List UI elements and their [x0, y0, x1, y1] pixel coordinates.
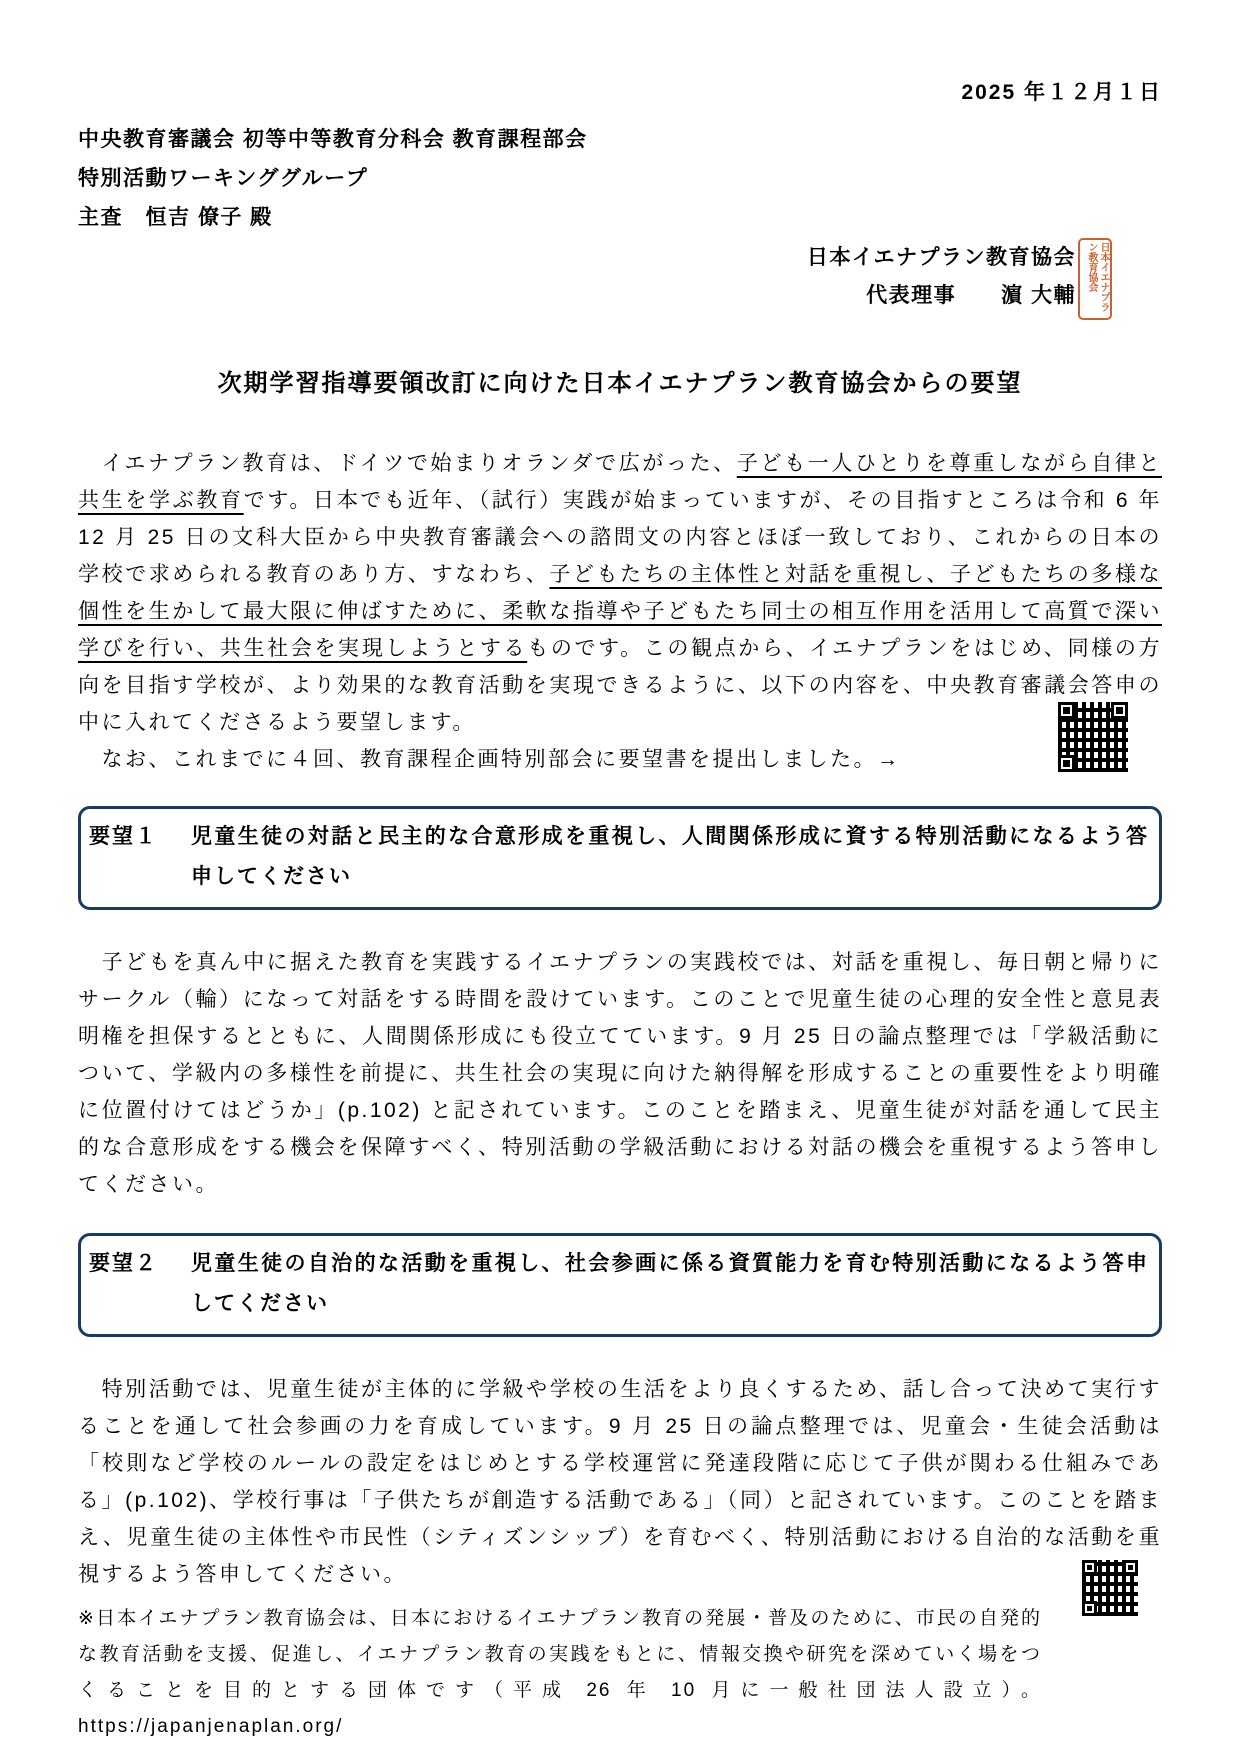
- request-2-body: 特別活動では、児童生徒が主体的に学級や学校の生活をより良くするため、話し合って決…: [78, 1371, 1162, 1593]
- footnote-text: ※日本イエナプラン教育協会は、日本におけるイエナプラン教育の発展・普及のために、…: [78, 1608, 1042, 1701]
- qr-finder-icon: [1058, 702, 1075, 719]
- recipient-line-working-group: 特別活動ワーキンググループ: [78, 159, 1162, 198]
- note-line: なお、これまでに４回、教育課程企画特別部会に要望書を提出しました。→: [78, 741, 1162, 778]
- sender-representative: 代表理事 濵 大輔: [78, 277, 1076, 315]
- document-page: 2025 年１２月１日 中央教育審議会 初等中等教育分科会 教育課程部会 特別活…: [0, 0, 1240, 1753]
- qr-finder-icon: [1123, 1560, 1138, 1575]
- recipient-block: 中央教育審議会 初等中等教育分科会 教育課程部会 特別活動ワーキンググループ 主…: [78, 120, 1162, 237]
- footnote: ※日本イエナプラン教育協会は、日本におけるイエナプラン教育の発展・普及のために、…: [78, 1601, 1162, 1745]
- qr-finder-icon: [1082, 1560, 1097, 1575]
- qr-code-icon: [1082, 1560, 1138, 1616]
- request-1-label: 要望１: [89, 817, 191, 857]
- request-1-heading: 児童生徒の対話と民主的な合意形成を重視し、人間関係形成に資する特別活動になるよう…: [191, 817, 1149, 897]
- website-url: https://japanjenaplan.org/: [78, 1716, 343, 1737]
- intro-paragraph: イエナプラン教育は、ドイツで始まりオランダで広がった、子ども一人ひとりを尊重しな…: [78, 445, 1162, 741]
- request-1-box: 要望１ 児童生徒の対話と民主的な合意形成を重視し、人間関係形成に資する特別活動に…: [78, 806, 1162, 910]
- request-2-label: 要望２: [89, 1244, 191, 1284]
- recipient-line-council: 中央教育審議会 初等中等教育分科会 教育課程部会: [78, 120, 1162, 159]
- sender-organization: 日本イエナプラン教育協会: [78, 239, 1076, 277]
- document-date: 2025 年１２月１日: [78, 78, 1162, 108]
- request-2-box: 要望２ 児童生徒の自治的な活動を重視し、社会参画に係る資質能力を育む特別活動にな…: [78, 1233, 1162, 1337]
- request-1-body: 子どもを真ん中に据えた教育を実践するイエナプランの実践校では、対話を重視し、毎日…: [78, 944, 1162, 1203]
- organization-seal-stamp: 日本イエナプラン教育協会: [1078, 238, 1112, 320]
- sender-block: 日本イエナプラン教育協会 代表理事 濵 大輔: [78, 239, 1162, 315]
- qr-finder-icon: [1082, 1601, 1097, 1616]
- qr-finder-icon: [1058, 755, 1075, 772]
- qr-code-icon: [1058, 702, 1128, 772]
- qr-finder-icon: [1111, 702, 1128, 719]
- request-2-heading: 児童生徒の自治的な活動を重視し、社会参画に係る資質能力を育む特別活動になるよう答…: [191, 1244, 1149, 1324]
- document-title: 次期学習指導要領改訂に向けた日本イエナプラン教育協会からの要望: [78, 367, 1162, 401]
- recipient-line-chairperson: 主査 恒吉 僚子 殿: [78, 198, 1162, 237]
